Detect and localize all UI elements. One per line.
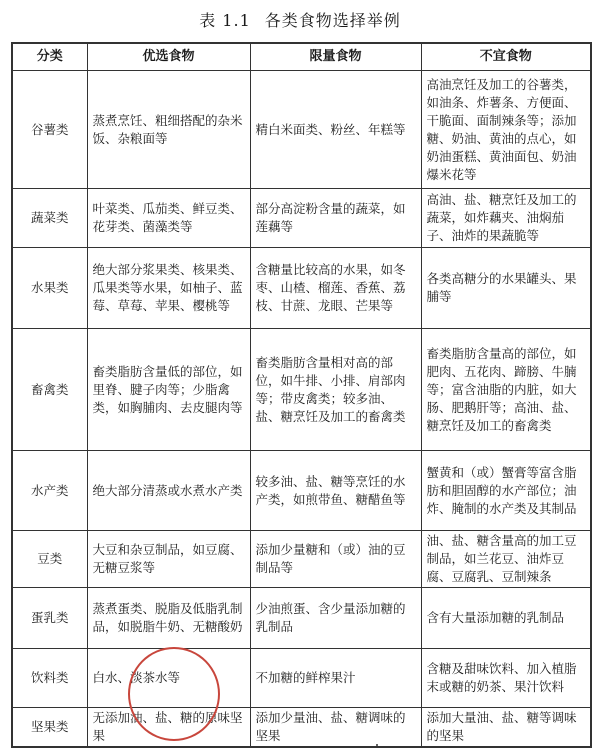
header-limited: 限量食物 <box>250 43 421 71</box>
limited-cell: 不加糖的鲜榨果汁 <box>250 649 421 708</box>
limited-cell: 较多油、盐、糖等烹饪的水产类，如煎带鱼、糖醋鱼等 <box>250 451 421 531</box>
table-row: 水产类 绝大部分清蒸或水煮水产类 较多油、盐、糖等烹饪的水产类，如煎带鱼、糖醋鱼… <box>12 451 591 531</box>
avoid-cell: 油、盐、糖含量高的加工豆制品，如兰花豆、油炸豆腐、豆腐乳、豆制辣条 <box>421 531 591 588</box>
avoid-cell: 含糖及甜味饮料、加入植脂末或糖的奶茶、果汁饮料 <box>421 649 591 708</box>
preferred-cell: 叶菜类、瓜茄类、鲜豆类、花芽类、菌藻类等 <box>87 189 250 248</box>
category-cell: 谷薯类 <box>12 71 87 189</box>
limited-cell: 含糖量比较高的水果，如冬枣、山楂、榴莲、香蕉、荔枝、甘蔗、龙眼、芒果等 <box>250 248 421 329</box>
table-row: 谷薯类 蒸煮烹饪、粗细搭配的杂米饭、杂粮面等 精白米面类、粉丝、年糕等 高油烹饪… <box>12 71 591 189</box>
avoid-cell: 高油烹饪及加工的谷薯类，如油条、炸薯条、方便面、干脆面、面制辣条等；添加糖、奶油… <box>421 71 591 189</box>
preferred-cell: 大豆和杂豆制品，如豆腐、无糖豆浆等 <box>87 531 250 588</box>
header-category: 分类 <box>12 43 87 71</box>
avoid-cell: 添加大量油、盐、糖等调味的坚果 <box>421 708 591 748</box>
table-header-row: 分类 优选食物 限量食物 不宜食物 <box>12 43 591 71</box>
category-cell: 坚果类 <box>12 708 87 748</box>
avoid-cell: 各类高糖分的水果罐头、果脯等 <box>421 248 591 329</box>
food-selection-table: 分类 优选食物 限量食物 不宜食物 谷薯类 蒸煮烹饪、粗细搭配的杂米饭、杂粮面等… <box>11 42 592 748</box>
preferred-cell: 无添加油、盐、糖的原味坚果 <box>87 708 250 748</box>
limited-cell: 添加少量油、盐、糖调味的坚果 <box>250 708 421 748</box>
preferred-cell: 白水、淡茶水等 <box>87 649 250 708</box>
preferred-cell: 蒸煮烹饪、粗细搭配的杂米饭、杂粮面等 <box>87 71 250 189</box>
preferred-cell: 绝大部分浆果类、核果类、瓜果类等水果，如柚子、蓝莓、草莓、苹果、樱桃等 <box>87 248 250 329</box>
preferred-cell: 绝大部分清蒸或水煮水产类 <box>87 451 250 531</box>
limited-cell: 精白米面类、粉丝、年糕等 <box>250 71 421 189</box>
table-number: 表 1.1 <box>199 11 251 30</box>
table-row: 坚果类 无添加油、盐、糖的原味坚果 添加少量油、盐、糖调味的坚果 添加大量油、盐… <box>12 708 591 748</box>
avoid-cell: 蟹黄和（或）蟹膏等富含脂肪和胆固醇的水产部位；油炸、腌制的水产类及其制品 <box>421 451 591 531</box>
preferred-cell: 畜类脂肪含量低的部位，如里脊、腱子肉等；少脂禽类，如胸脯肉、去皮腿肉等 <box>87 329 250 451</box>
avoid-cell: 畜类脂肪含量高的部位，如肥肉、五花肉、蹄膀、牛腩等；富含油脂的内脏，如大肠、肥鹅… <box>421 329 591 451</box>
preferred-cell: 蒸煮蛋类、脱脂及低脂乳制品，如脱脂牛奶、无糖酸奶 <box>87 588 250 649</box>
stray-mark <box>376 744 378 746</box>
table-row: 饮料类 白水、淡茶水等 不加糖的鲜榨果汁 含糖及甜味饮料、加入植脂末或糖的奶茶、… <box>12 649 591 708</box>
table-row: 水果类 绝大部分浆果类、核果类、瓜果类等水果，如柚子、蓝莓、草莓、苹果、樱桃等 … <box>12 248 591 329</box>
category-cell: 蔬菜类 <box>12 189 87 248</box>
avoid-cell: 高油、盐、糖烹饪及加工的蔬菜，如炸藕夹、油焖茄子、油炸的果蔬脆等 <box>421 189 591 248</box>
avoid-cell: 含有大量添加糖的乳制品 <box>421 588 591 649</box>
category-cell: 水产类 <box>12 451 87 531</box>
limited-cell: 少油煎蛋、含少量添加糖的乳制品 <box>250 588 421 649</box>
limited-cell: 畜类脂肪含量相对高的部位，如牛排、小排、肩部肉等；带皮禽类；较多油、盐、糖烹饪及… <box>250 329 421 451</box>
table-title: 表 1.1各类食物选择举例 <box>0 8 600 31</box>
table-row: 畜禽类 畜类脂肪含量低的部位，如里脊、腱子肉等；少脂禽类，如胸脯肉、去皮腿肉等 … <box>12 329 591 451</box>
limited-cell: 添加少量糖和（或）油的豆制品等 <box>250 531 421 588</box>
category-cell: 畜禽类 <box>12 329 87 451</box>
table-row: 蛋乳类 蒸煮蛋类、脱脂及低脂乳制品，如脱脂牛奶、无糖酸奶 少油煎蛋、含少量添加糖… <box>12 588 591 649</box>
category-cell: 饮料类 <box>12 649 87 708</box>
category-cell: 豆类 <box>12 531 87 588</box>
category-cell: 水果类 <box>12 248 87 329</box>
limited-cell: 部分高淀粉含量的蔬菜，如莲藕等 <box>250 189 421 248</box>
category-cell: 蛋乳类 <box>12 588 87 649</box>
table-caption: 各类食物选择举例 <box>265 11 401 30</box>
header-preferred: 优选食物 <box>87 43 250 71</box>
header-avoid: 不宜食物 <box>421 43 591 71</box>
table-row: 豆类 大豆和杂豆制品，如豆腐、无糖豆浆等 添加少量糖和（或）油的豆制品等 油、盐… <box>12 531 591 588</box>
table-row: 蔬菜类 叶菜类、瓜茄类、鲜豆类、花芽类、菌藻类等 部分高淀粉含量的蔬菜，如莲藕等… <box>12 189 591 248</box>
